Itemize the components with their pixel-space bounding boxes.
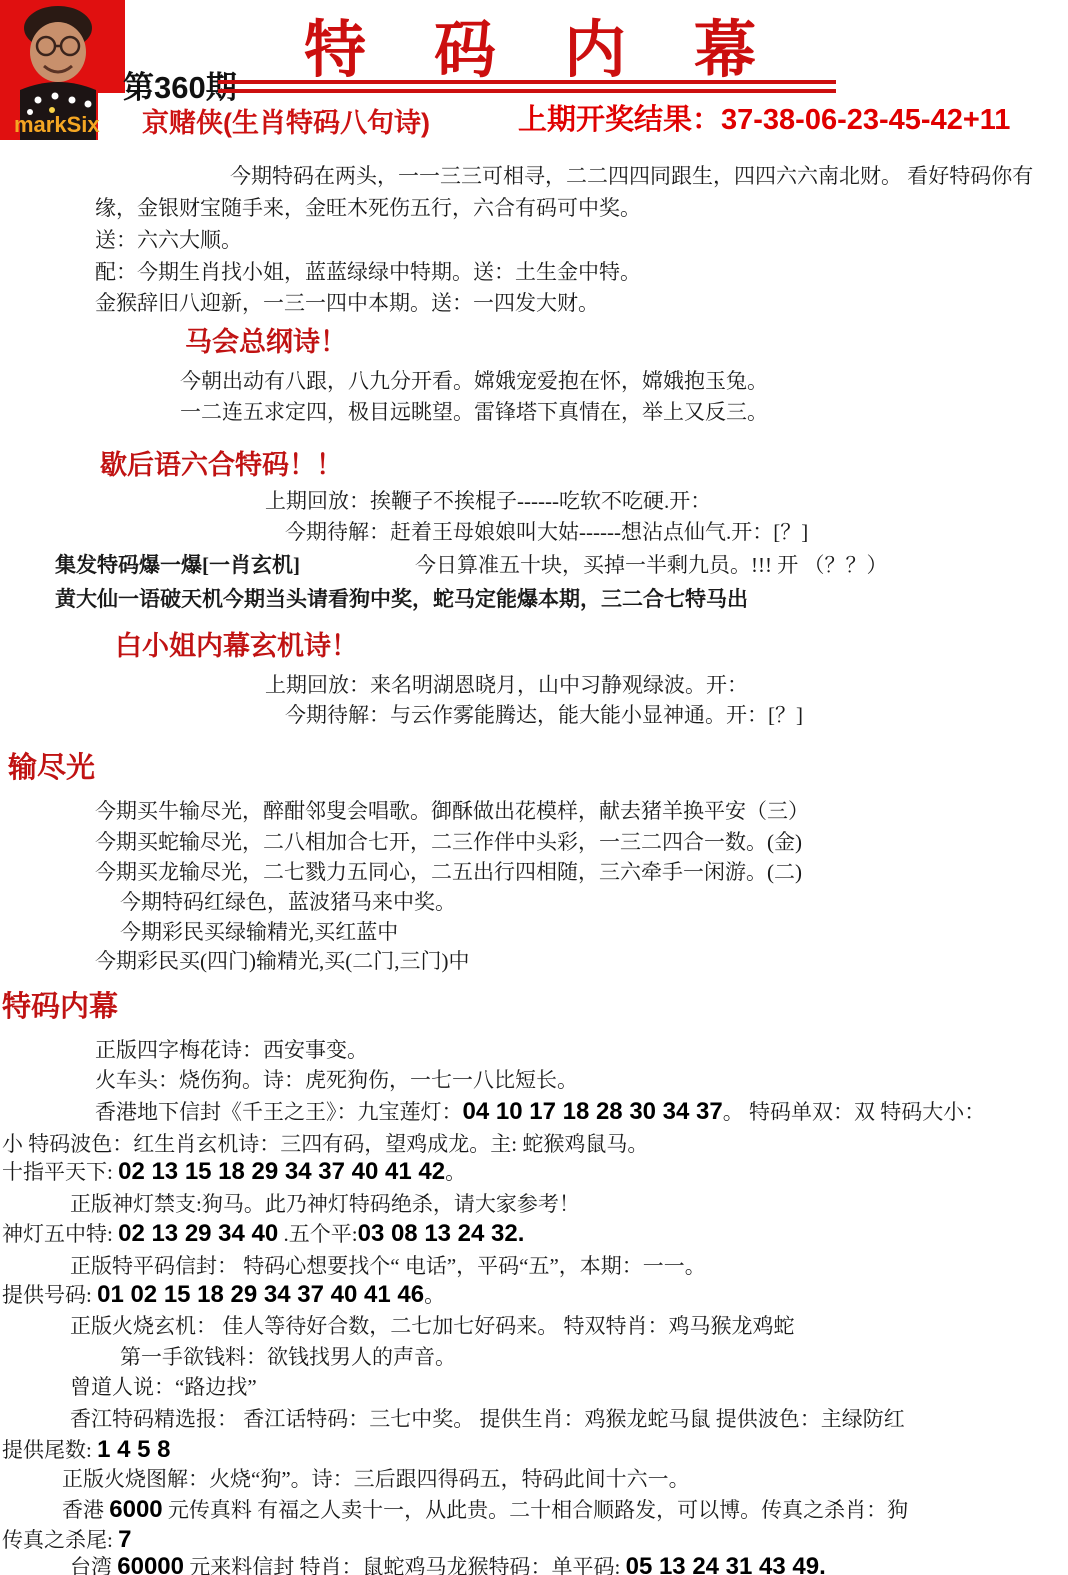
shendeng5-line: 神灯五中特: 02 13 29 34 40 .五个平:03 08 13 24 3… [2,1220,524,1248]
last-draw-result: 上期开奖结果：37-38-06-23-45-42+11 [518,97,1010,138]
marksix-logo: markSix [0,0,125,140]
section-heading-shujinguang: 输尽光 [8,745,95,786]
zengdao-line: 曾道人说：“路边找” [70,1374,257,1401]
poem-line: 一二连五求定四，极目远眺望。雷锋塔下真情在，举上又反三。 [180,399,768,426]
shizhi-line: 十指平天下: 02 13 15 18 29 34 37 40 41 42。 [2,1158,466,1186]
shujinguang-line: 今期买龙输尽光，二七戮力五同心，二五出行四相随，三六牵手一闲游。(二) [95,859,802,886]
poem-line: 今期特码在两头，一一三三可相寻，二二四四同跟生，四四六六南北财。 看好特码你有 [230,163,1033,190]
poem-line: 配：今期生肖找小姐，蓝蓝绿绿中特期。送：土生金中特。 [95,259,641,286]
section-heading-baixiaojie: 白小姐内幕玄机诗！ [115,624,358,663]
shendeng5-mid: .五个平: [278,1222,357,1246]
haoma-label: 提供号码: [2,1283,97,1307]
bose-line: 小 特码波色：红生肖玄机诗：三四有码，望鸡成龙。主: 蛇猴鸡鼠马。 [2,1131,648,1158]
baixiaojie-cur-line: 今期待解：与云作雾能腾达，能大能小显神通。开：[？] [285,702,803,729]
hk6000-line: 香港 6000 元传真料 有福之人卖十一，从此贵。二十相合顺路发，可以博。传真之… [62,1496,908,1524]
poem-line: 今朝出动有八跟，八九分开看。嫦娥宠爱抱在怀，嫦娥抱玉兔。 [180,368,768,395]
tujie-line: 正版火烧图解：火烧“狗”。诗：三后跟四得码五，特码此间十六一。 [62,1466,690,1493]
poem-line: 金猴辞旧八迎新，一三一四中本期。送：一四发大财。 [95,290,599,317]
shujinguang-line: 今期彩民买(四门)输精光,买(二门,三门)中 [95,948,469,975]
logo-text: markSix [14,112,100,137]
shendeng5-label: 神灯五中特: [2,1222,118,1246]
xiangjiang-line: 香江特码精选报： 香江话特码：三七中奖。 提供生肖：鸡猴龙蛇马鼠 提供波色：主绿… [70,1406,905,1433]
hk-envelope-numbers: 04 10 17 18 28 30 34 37 [463,1098,723,1125]
haoma-suffix: 。 [424,1283,445,1307]
yuqian-line: 第一手欲钱料：欲钱找男人的声音。 [120,1344,456,1371]
haoma-numbers: 01 02 15 18 29 34 37 40 41 46 [97,1281,424,1308]
hk6000-amount: 6000 [109,1496,162,1523]
huochetou-line: 火车头：烧伤狗。诗：虎死狗伤，一七一八比短长。 [95,1067,578,1094]
shawei-label: 传真之杀尾: [2,1528,118,1552]
huangdaxian-line: 黄大仙一语破天机今期当头请看狗中奖，蛇马定能爆本期，三二合七特马出 [55,586,748,613]
shujinguang-line: 今期特码红绿色，蓝波猪马来中奖。 [120,889,456,916]
section-heading-xiehouyu: 歇后语六合特码！！ [100,443,343,482]
meihua-line: 正版四字梅花诗：西安事变。 [95,1037,368,1064]
weishu-line: 提供尾数: 1 4 5 8 [2,1436,171,1464]
shizhi-suffix: 。 [445,1160,466,1184]
hk-envelope-suffix: 。 特码单双：双 特码大小： [723,1100,986,1124]
shujinguang-line: 今期彩民买绿输精光,买红蓝中 [120,919,398,946]
taiwan-pre: 台湾 [70,1555,117,1575]
shendeng5-numbers1: 02 13 29 34 40 [118,1220,278,1247]
shendeng5-numbers2: 03 08 13 24 32. [358,1220,525,1247]
shujinguang-line: 今期买蛇输尽光，二八相加合七开，二三作伴中头彩，一三二四合一数。(金) [95,829,802,856]
haoma-line: 提供号码: 01 02 15 18 29 34 37 40 41 46。 [2,1281,445,1309]
subtitle-jingduxia: 京赌侠(生肖特码八句诗) [142,101,430,140]
shawei-line: 传真之杀尾: 7 [2,1526,131,1554]
jifa-rest: 今日算准五十块，买掉一半剩九员。!!! 开 （？？） [415,553,887,577]
jifa-label: 集发特码爆一爆[一肖玄机] [55,553,300,577]
poem-line: 缘，金银财宝随手来，金旺木死伤五行，六合有码可中奖。 [95,195,641,222]
tema-neimu-page: markSix 第360期 特码内幕 京赌侠(生肖特码八句诗) 上期开奖结果：3… [0,0,1068,1575]
weishu-numbers: 1 4 5 8 [97,1436,170,1463]
taiwan-line: 台湾 60000 元来料信封 特肖：鼠蛇鸡马龙猴特码：单平码: 05 13 24… [70,1553,826,1575]
taiwan-amount: 60000 [117,1553,184,1575]
shizhi-label: 十指平天下: [2,1160,118,1184]
hk-envelope-label: 香港地下信封《千王之王》：九宝莲灯： [95,1100,463,1124]
shawei-numbers: 7 [118,1526,131,1553]
shujinguang-line: 今期买牛输尽光，醉酣邻叟会唱歌。御酥做出花模样，献去猪羊换平安（三） [95,798,809,825]
section-heading-temaneimu: 特码内幕 [2,984,118,1025]
jifa-line: 集发特码爆一爆[一肖玄机]今日算准五十块，买掉一半剩九员。!!! 开 （？？） [55,552,887,579]
shendeng-jin-line: 正版神灯禁支:狗马。此乃神灯特码绝杀，请大家参考！ [70,1191,580,1218]
weishu-label: 提供尾数: [2,1438,97,1462]
section-heading-mahui: 马会总纲诗！ [185,320,347,359]
hk6000-post: 元传真料 有福之人卖十一，从此贵。二十相合顺路发，可以博。传真之杀肖：狗 [163,1498,909,1522]
hk-envelope-line: 香港地下信封《千王之王》：九宝莲灯：04 10 17 18 28 30 34 3… [95,1098,985,1126]
title-underline [218,80,836,93]
result-numbers: 37-38-06-23-45-42+11 [721,104,1010,136]
result-label: 上期开奖结果： [518,104,721,136]
shizhi-numbers: 02 13 15 18 29 34 37 40 41 42 [118,1158,445,1185]
taiwan-mid: 元来料信封 特肖：鼠蛇鸡马龙猴特码：单平码: [184,1555,626,1575]
baixiaojie-prev-line: 上期回放：来名明湖恩晓月，山中习静观绿波。开： [265,672,748,699]
xiehouyu-prev-line: 上期回放：挨鞭子不挨棍子------吃软不吃硬.开： [265,488,711,515]
huoshao-line: 正版火烧玄机： 佳人等待好合数，二七加七好码来。 特双特肖：鸡马猴龙鸡蛇 [70,1313,795,1340]
hk6000-pre: 香港 [62,1498,109,1522]
taiwan-numbers: 05 13 24 31 43 49. [626,1553,826,1575]
teping-line: 正版特平码信封： 特码心想要找个“ 电话”，平码“五”，本期：一一。 [70,1253,706,1280]
xiehouyu-cur-line: 今期待解：赶着王母娘娘叫大姑------想沾点仙气.开：[？] [285,519,808,546]
page-title: 特码内幕 [230,0,830,89]
poem-line: 送：六六大顺。 [95,227,242,254]
